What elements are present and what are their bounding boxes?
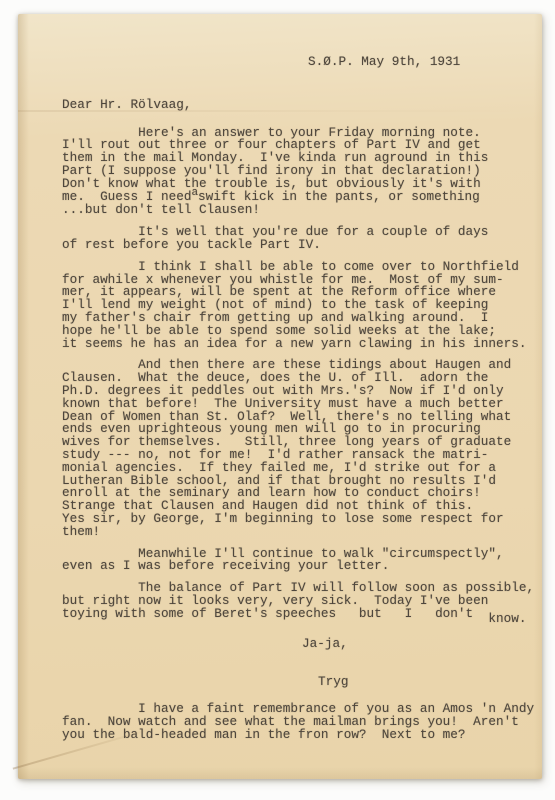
dateline: S.Ø.P. May 9th, 1931 bbox=[308, 56, 514, 69]
letter-line: even as I was before receiving your lett… bbox=[62, 560, 514, 573]
letter-line: Yes sir, by George, I'm beginning to los… bbox=[62, 513, 514, 526]
dropped-word: know. bbox=[488, 611, 526, 626]
inserted-letter: a bbox=[191, 187, 198, 199]
letter-line: it seems he has an idea for a new yarn c… bbox=[62, 338, 514, 351]
text-segment: toying with some of Beret's speeches but… bbox=[62, 606, 488, 621]
signature-name: Tryg bbox=[318, 676, 514, 689]
paragraph: Here's an answer to your Friday morning … bbox=[62, 127, 514, 218]
paper-crease-top bbox=[18, 110, 542, 112]
letter-body: Here's an answer to your Friday morning … bbox=[62, 127, 514, 621]
paragraph: The balance of Part IV will follow soon … bbox=[62, 582, 514, 620]
text-segment: me. Guess I need bbox=[62, 189, 191, 204]
text-segment: swift kick in the pants, or something bbox=[198, 189, 480, 204]
paragraph: I think I shall be able to come over to … bbox=[62, 261, 514, 351]
scanned-letter: S.Ø.P. May 9th, 1931 Dear Hr. Rölvaag, H… bbox=[0, 0, 555, 800]
valediction: Ja-ja, bbox=[302, 638, 514, 651]
paragraph: It's well that you're due for a couple o… bbox=[62, 226, 514, 252]
paragraph: And then there are these tidings about H… bbox=[62, 359, 514, 538]
paragraph: Meanwhile I'll continue to walk "circums… bbox=[62, 548, 514, 574]
letter-line: toying with some of Beret's speeches but… bbox=[62, 608, 514, 621]
letter-line: of rest before you tackle Part IV. bbox=[62, 239, 514, 252]
letter-line: them! bbox=[62, 526, 514, 539]
letter-paper: S.Ø.P. May 9th, 1931 Dear Hr. Rölvaag, H… bbox=[18, 14, 542, 779]
letter-line: ...but don't tell Clausen! bbox=[62, 204, 514, 217]
